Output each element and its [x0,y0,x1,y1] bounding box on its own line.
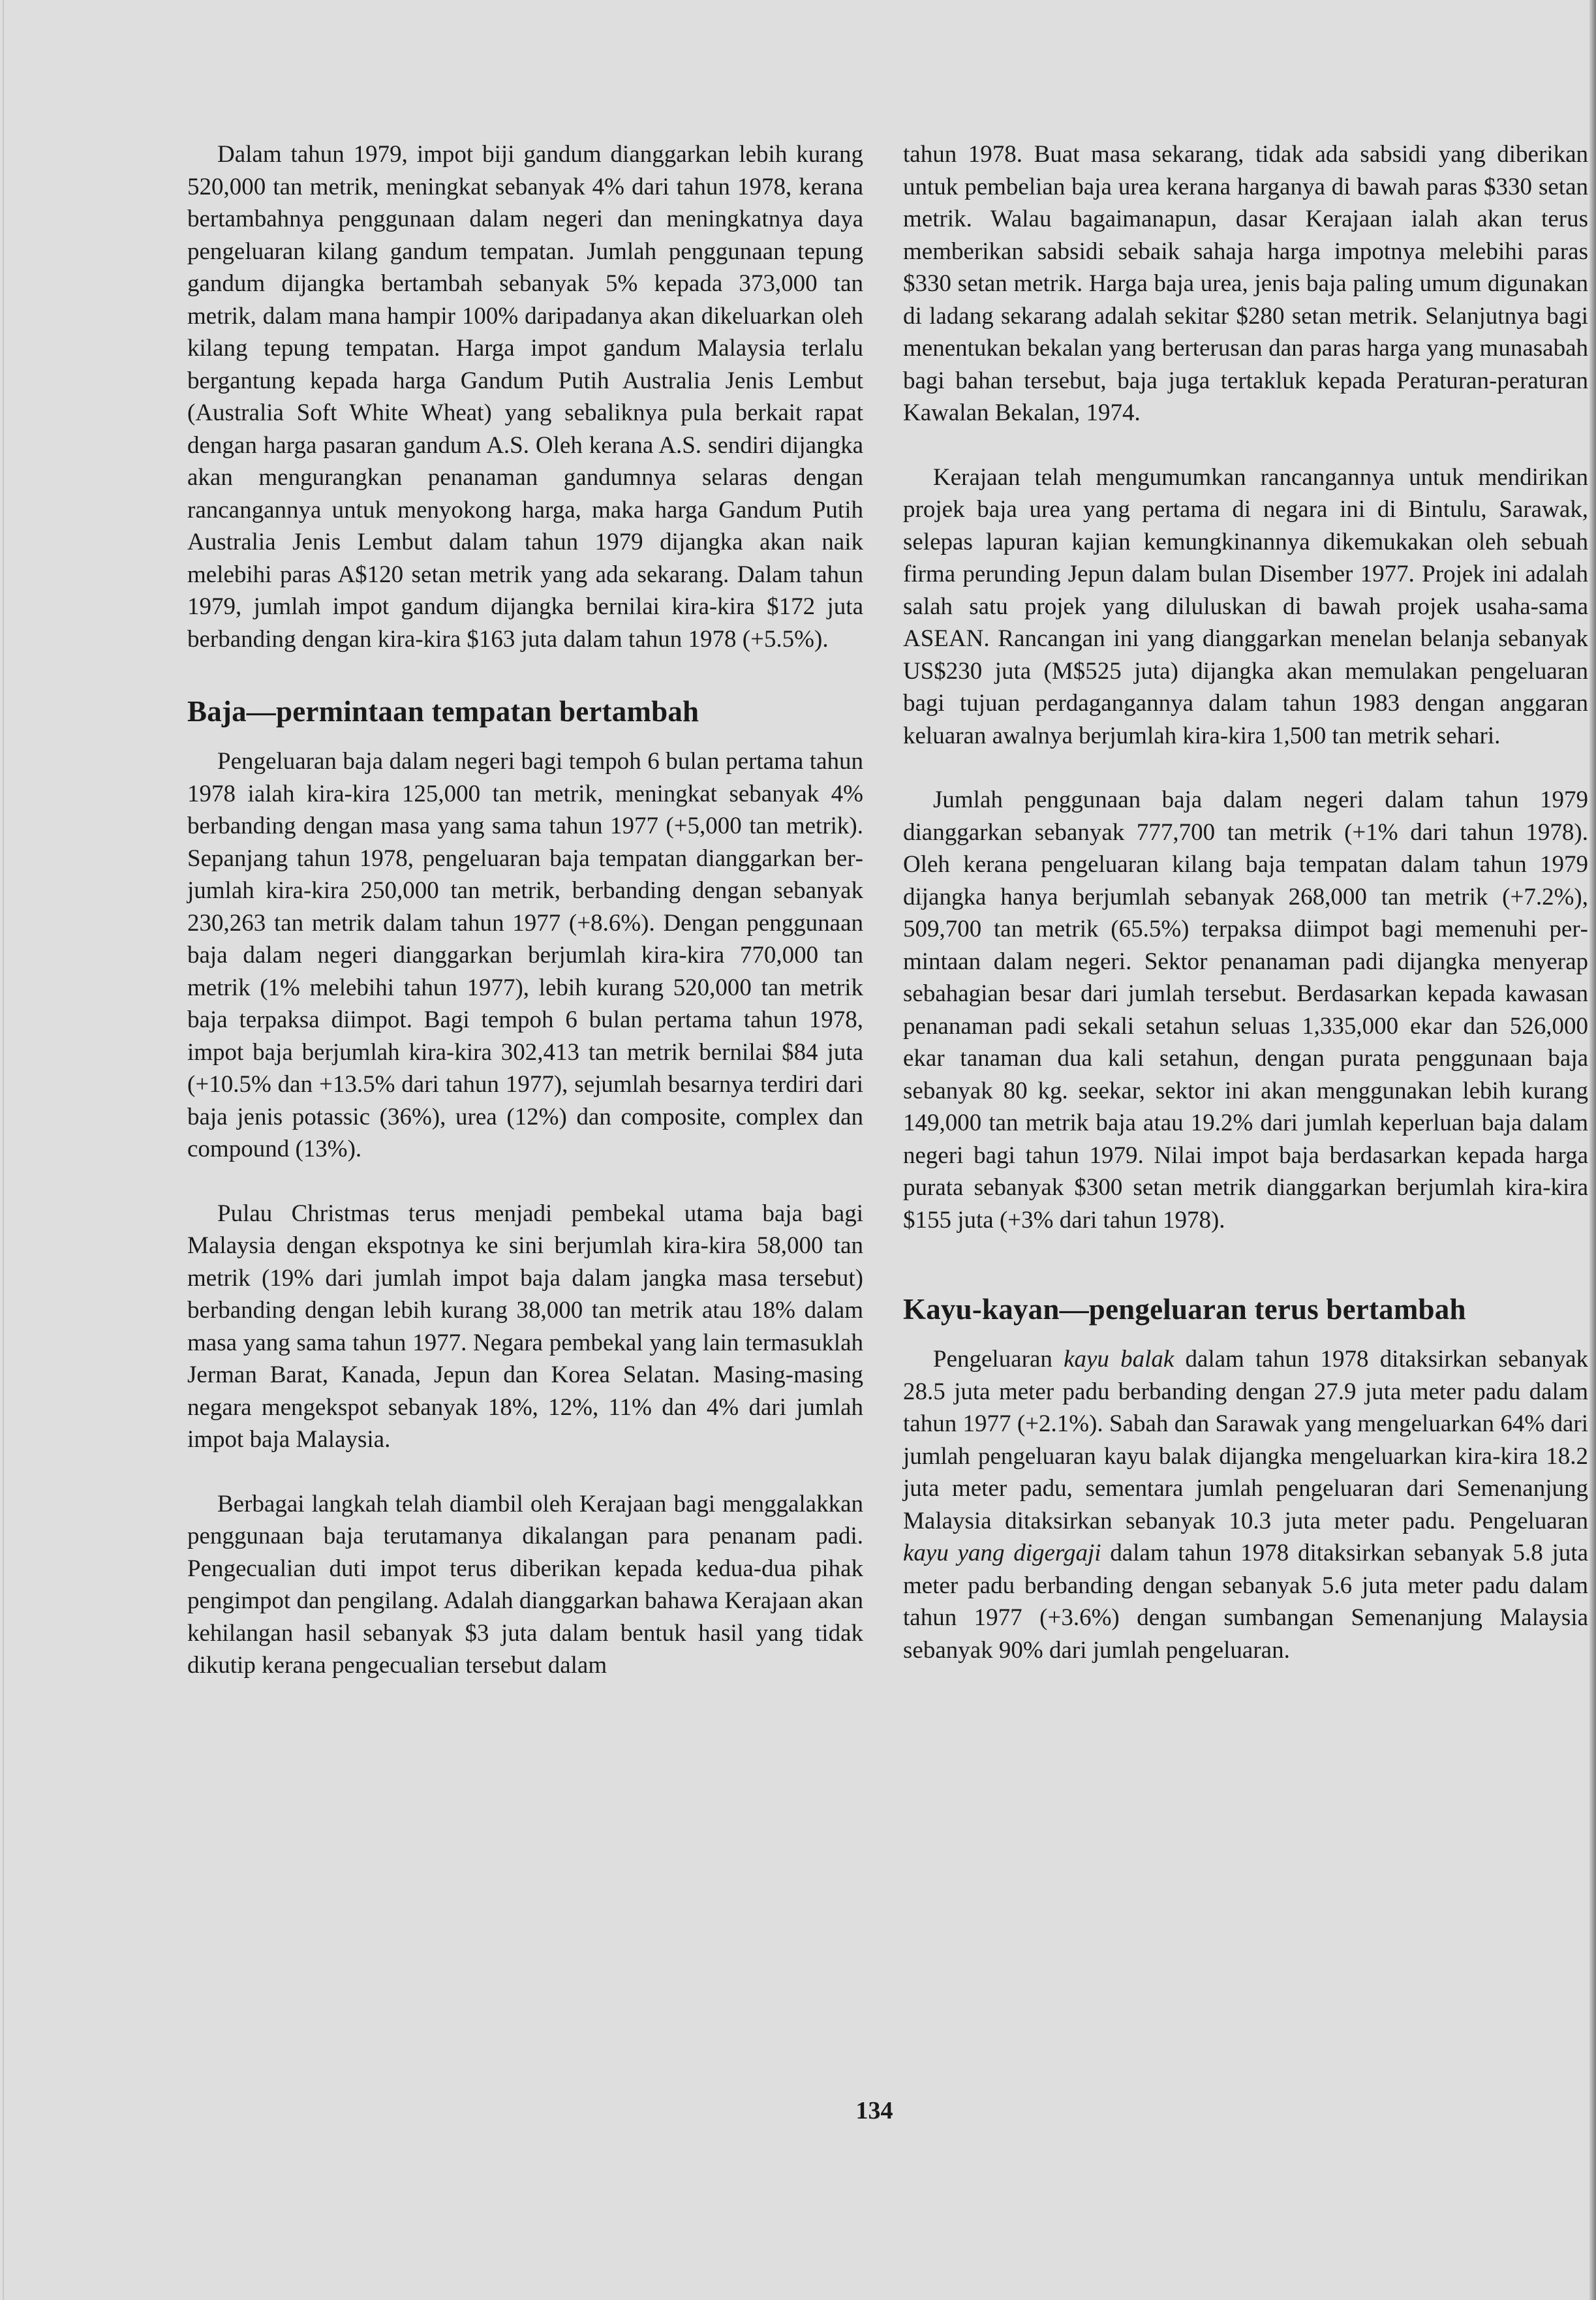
timber-text-part2: dalam tahun 1978 ditaksir­kan sebanyak 2… [903,1346,1588,1534]
page-edge-left [3,0,4,2300]
page-number: 134 [848,2096,900,2125]
paragraph-bintulu-project: Kerajaan telah mengumumkan rancangannya … [903,461,1588,753]
section-heading-kayu-kayan: Kayu-kayan—pengeluaran terus bertambah [903,1292,1588,1326]
right-column: tahun 1978. Buat masa sekarang, tidak ad… [903,138,1588,1666]
section-heading-baja: Baja—permintaan tempatan bertambah [187,694,863,728]
paragraph-christmas-island: Pulau Christmas terus menjadi pembekal u… [187,1198,863,1456]
paragraph-urea-subsidy: tahun 1978. Buat masa sekarang, tidak ad… [903,138,1588,429]
paragraph-fertilizer-production: Pengeluaran baja dalam negeri bagi tempo… [187,745,863,1166]
timber-term-kayu-digergaji: kayu yang digergaji [903,1540,1101,1566]
paragraph-government-measures: Berbagai langkah telah diambil oleh Kera… [187,1488,863,1682]
timber-text-part1: Pengeluaran [933,1346,1064,1373]
left-column: Dalam tahun 1979, impot biji gandum dian… [187,138,863,1682]
paragraph-timber-production: Pengeluaran kayu balak dalam tahun 1978 … [903,1343,1588,1666]
timber-term-kayu-balak: kayu balak [1064,1346,1174,1373]
paragraph-fertilizer-usage-1979: Jumlah penggunaan baja dalam negeri dala… [903,784,1588,1236]
paragraph-wheat-imports: Dalam tahun 1979, impot biji gandum dian… [187,138,863,655]
page-edge-right [1589,0,1596,2300]
